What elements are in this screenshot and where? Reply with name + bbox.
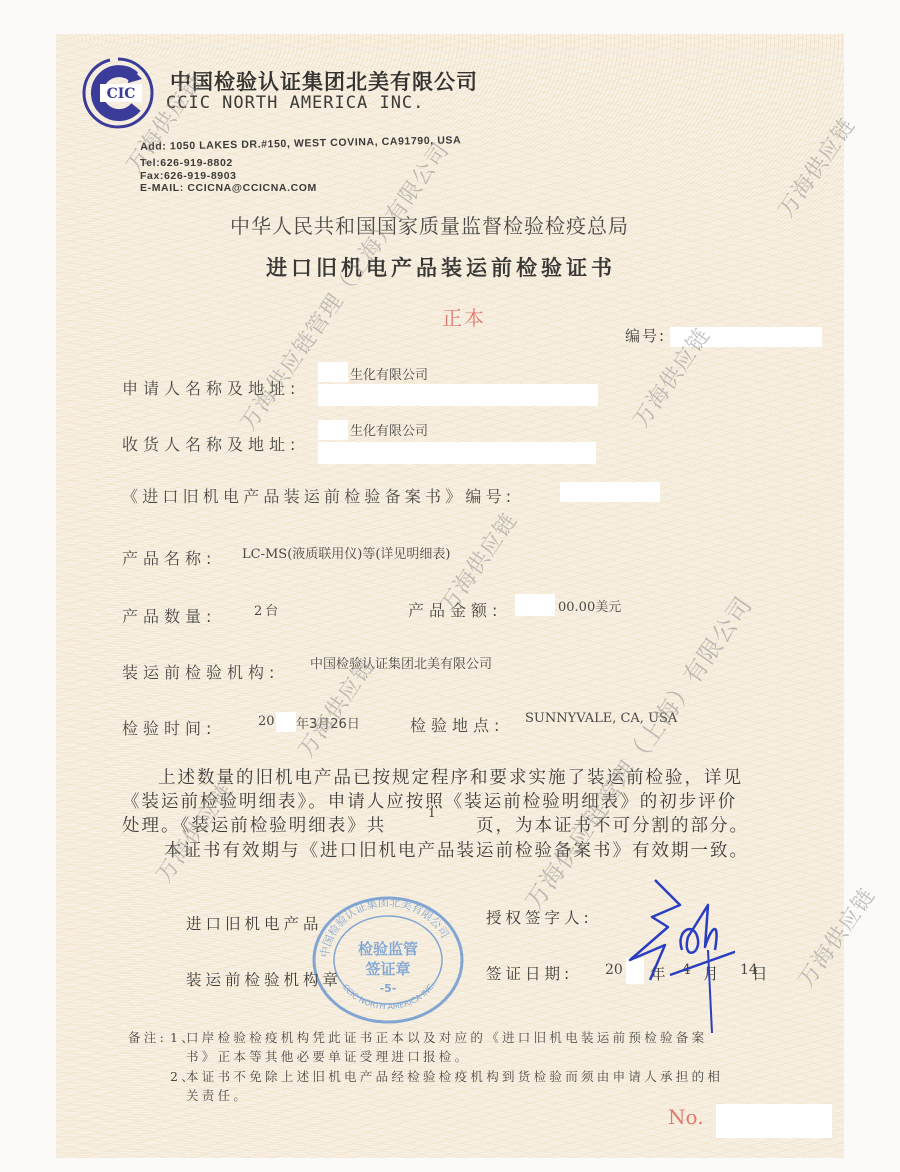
filing-number-label: 《进口旧机电产品装运前检验备案书》编号:	[122, 484, 515, 507]
redacted-certificate-number	[670, 327, 822, 347]
redacted-applicant-prefix	[318, 362, 348, 382]
inspection-agency-label: 装运前检验机构:	[122, 660, 279, 683]
redacted-consignee-address	[318, 442, 596, 464]
inspection-place-value: SUNNYVALE, CA, USA	[525, 711, 677, 726]
note-1-line-1: 口岸检验检疫机构凭此证书正本以及对应的《进口旧机电装运前预检验备案	[186, 1028, 707, 1046]
consignee-label: 收货人名称及地址:	[122, 432, 300, 455]
inspection-place-label: 检验地点:	[410, 713, 504, 736]
note-2-line-2: 关责任。	[186, 1086, 249, 1104]
company-name-en: CCIC NORTH AMERICA INC.	[166, 93, 424, 113]
sign-date-day-unit: 日	[752, 962, 772, 984]
authorized-signature	[620, 875, 735, 1035]
redacted-amount-prefix	[515, 594, 555, 616]
issuing-agency: 中华人民共和国国家质量监督检验检疫总局	[230, 210, 629, 239]
svg-text:签证章: 签证章	[364, 960, 410, 978]
signatory-label: 授权签字人:	[486, 906, 593, 928]
quantity-value: 2台	[254, 600, 281, 619]
company-email: E-MAIL: CCICNA@CCICNA.COM	[140, 182, 317, 194]
certificate-number-label: 编号:	[625, 325, 666, 346]
redacted-consignee-prefix	[318, 420, 348, 440]
company-name-cn: 中国检验认证集团北美有限公司	[170, 66, 478, 96]
certificate-title: 进口旧机电产品装运前检验证书	[266, 252, 616, 282]
inspection-seal-stamp: 中国检验认证集团北美有限公司 CCIC NORTH AMERICA INC. 检…	[308, 890, 468, 1025]
original-mark: 正本	[442, 302, 486, 331]
redacted-inspection-year	[276, 712, 296, 732]
statement-line-1: 上述数量的旧机电产品已按规定程序和要求实施了装运前检验，详见	[158, 764, 743, 789]
company-fax: Fax:626-919-8903	[140, 170, 237, 182]
seal-label-line-2: 装运前检验机构章	[186, 968, 342, 990]
product-name-value: LC-MS(液质联用仪)等(详见明细表)	[242, 543, 450, 562]
serial-number-label: No.	[668, 1105, 704, 1129]
statement-line-3b: 页，为本证书不可分割的部分。	[476, 812, 749, 837]
product-name-label: 产品名称:	[122, 546, 216, 569]
amount-value: 00.00美元	[558, 596, 621, 615]
redacted-serial-number	[716, 1104, 832, 1138]
svg-text:检验监管: 检验监管	[358, 940, 418, 958]
note-1-line-2: 书》正本等其他必要单证受理进口报检。	[186, 1047, 470, 1065]
redacted-filing-number	[560, 482, 660, 502]
note-2-line-1: 本证书不免除上述旧机电产品经检验检疫机构到货检验而须由申请人承担的相	[186, 1067, 723, 1085]
svg-text:CIC: CIC	[107, 86, 136, 102]
seal-label-line-1: 进口旧机电产品	[186, 912, 323, 934]
amount-label: 产品金额:	[408, 598, 502, 621]
statement-line-3a: 处理。《装运前检验明细表》共	[122, 812, 386, 837]
notes-prefix: 备注:	[128, 1028, 167, 1046]
applicant-value: 生化有限公司	[350, 364, 428, 383]
consignee-value: 生化有限公司	[350, 420, 428, 439]
statement-line-4: 本证书有效期与《进口旧机电产品装运前检验备案书》有效期一致。	[164, 837, 749, 862]
sign-date-label: 签证日期:	[486, 962, 573, 984]
inspection-agency-value: 中国检验认证集团北美有限公司	[310, 653, 492, 672]
company-tel: Tel:626-919-8802	[140, 157, 233, 169]
inspection-date-rest: 年3月26日	[296, 713, 360, 732]
detail-page-count: 1	[428, 806, 438, 820]
svg-text:-5-: -5-	[380, 982, 397, 995]
applicant-label: 申请人名称及地址:	[122, 376, 300, 399]
inspection-date-year: 20	[258, 714, 275, 729]
quantity-label: 产品数量:	[122, 604, 216, 627]
inspection-date-label: 检验时间:	[122, 716, 216, 739]
ccic-logo-icon: CIC	[80, 55, 156, 131]
redacted-applicant-address	[318, 384, 598, 406]
